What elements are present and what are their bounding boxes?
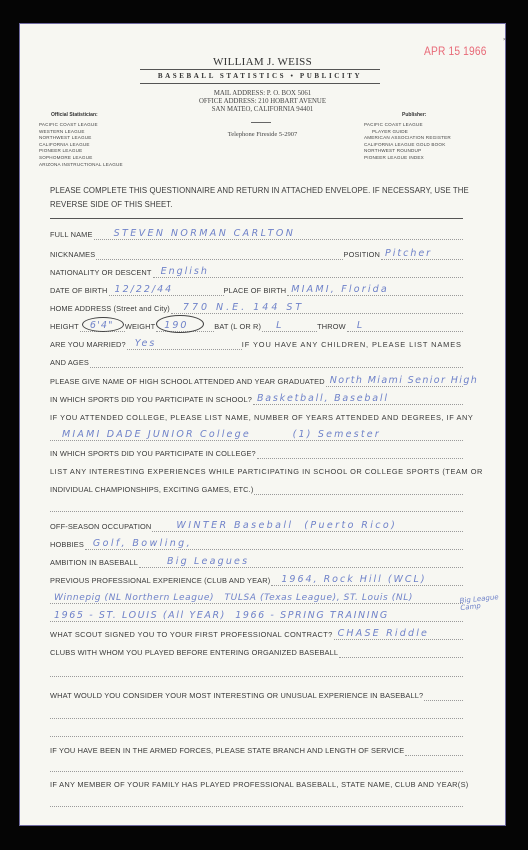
off-season-value: WINTER Baseball (Puerto Rico) bbox=[176, 520, 397, 531]
family-row: IF ANY MEMBER OF YOUR FAMILY HAS PLAYED … bbox=[50, 776, 463, 790]
armed-forces-label: IF YOU HAVE BEEN IN THE ARMED FORCES, PL… bbox=[50, 746, 404, 756]
armed-forces-field[interactable] bbox=[405, 743, 463, 756]
weight-circle bbox=[156, 315, 204, 333]
full-name-field[interactable]: STEVEN NORMAN CARLTON bbox=[94, 227, 463, 240]
ambition-row: AMBITION IN BASEBALL Big Leagues bbox=[50, 554, 463, 568]
married-label: ARE YOU MARRIED? bbox=[50, 340, 126, 350]
full-name-row: FULL NAME STEVEN NORMAN CARLTON bbox=[50, 226, 463, 240]
experiences-label-2: INDIVIDUAL CHAMPIONSHIPS, EXCITING GAMES… bbox=[50, 485, 253, 495]
pro-experience-label: PREVIOUS PROFESSIONAL EXPERIENCE (CLUB A… bbox=[50, 576, 270, 586]
pro-experience-line-2: Winnepig (NL Northern League) TULSA (Tex… bbox=[54, 593, 413, 603]
official-statistician-list: PACIFIC COAST LEAGUEWESTERN LEAGUENORTHW… bbox=[39, 122, 149, 168]
nationality-field[interactable]: English bbox=[153, 265, 463, 278]
armed-forces-row: IF YOU HAVE BEEN IN THE ARMED FORCES, PL… bbox=[50, 742, 463, 756]
publisher-item: AMERICAN ASSOCIATION REGISTER bbox=[364, 135, 494, 142]
mark-icon: × bbox=[503, 37, 506, 43]
ambition-value: Big Leagues bbox=[167, 556, 249, 567]
dob-value: 12/22/44 bbox=[115, 284, 174, 295]
publisher: Publisher: PACIFIC COAST LEAGUEPLAYER GU… bbox=[364, 112, 494, 162]
nicknames-label: NICKNAMES bbox=[50, 250, 95, 260]
bat-field[interactable]: L bbox=[262, 319, 317, 332]
experiences-label: LIST ANY INTERESTING EXPERIENCES WHILE P… bbox=[50, 467, 483, 477]
publisher-title: Publisher: bbox=[364, 112, 494, 118]
children-field[interactable] bbox=[90, 355, 463, 368]
school-sports-row: IN WHICH SPORTS DID YOU PARTICIPATE IN S… bbox=[50, 391, 463, 405]
divider bbox=[251, 122, 271, 123]
high-school-value: North Miami Senior High bbox=[330, 375, 478, 386]
prior-clubs-label: CLUBS WITH WHOM YOU PLAYED BEFORE ENTERI… bbox=[50, 648, 338, 658]
height-circle bbox=[82, 317, 124, 332]
nationality-value: English bbox=[161, 266, 209, 277]
pro-experience-line-1: 1964, Rock Hill (WCL) bbox=[281, 574, 426, 585]
publisher-item: NORTHWEST ROUNDUP bbox=[364, 148, 494, 155]
instructions: PLEASE COMPLETE THIS QUESTIONNAIRE AND R… bbox=[50, 184, 470, 212]
married-value: Yes bbox=[135, 338, 157, 349]
family-blank-line[interactable] bbox=[50, 805, 463, 807]
instructions-rule bbox=[50, 218, 463, 219]
college-label: IF YOU ATTENDED COLLEGE, PLEASE LIST NAM… bbox=[50, 413, 473, 423]
scout-row: WHAT SCOUT SIGNED YOU TO YOUR FIRST PROF… bbox=[50, 626, 463, 640]
hobbies-row: HOBBIES Golf, Bowling, bbox=[50, 536, 463, 550]
college-sports-label: IN WHICH SPORTS DID YOU PARTICIPATE IN C… bbox=[50, 449, 256, 459]
off-season-label: OFF-SEASON OCCUPATION bbox=[50, 522, 151, 532]
scout-label: WHAT SCOUT SIGNED YOU TO YOUR FIRST PROF… bbox=[50, 630, 333, 640]
position-field[interactable]: Pitcher bbox=[381, 247, 463, 260]
home-address-value: 770 N.E. 144 ST bbox=[183, 302, 304, 313]
pro-experience-field-3[interactable]: 1965 - ST. LOUIS (All YEAR) 1966 - SPRIN… bbox=[50, 609, 463, 622]
place-of-birth-field[interactable]: MIAMI, Florida bbox=[287, 283, 463, 296]
off-season-field[interactable]: WINTER Baseball (Puerto Rico) bbox=[152, 519, 463, 532]
official-statistician-item: WESTERN LEAGUE bbox=[39, 129, 149, 136]
married-field[interactable]: Yes bbox=[127, 337, 242, 350]
college-row: IF YOU ATTENDED COLLEGE, PLEASE LIST NAM… bbox=[50, 409, 463, 423]
children-row: AND AGES bbox=[50, 354, 463, 368]
official-statistician-item: SOPHOMORE LEAGUE bbox=[39, 155, 149, 162]
scout-field[interactable]: CHASE Riddle bbox=[334, 627, 463, 640]
married-row: ARE YOU MARRIED? Yes IF YOU HAVE ANY CHI… bbox=[50, 336, 463, 350]
school-sports-value: Basketball, Baseball bbox=[257, 393, 389, 404]
dob-label: DATE OF BIRTH bbox=[50, 286, 108, 296]
prior-clubs-field[interactable] bbox=[339, 645, 463, 658]
position-value: Pitcher bbox=[385, 248, 432, 259]
hobbies-field[interactable]: Golf, Bowling, bbox=[85, 537, 463, 550]
physical-row: HEIGHT 6'4" WEIGHT 190 BAT (L OR R) L TH… bbox=[50, 318, 463, 332]
unusual-field[interactable] bbox=[424, 688, 463, 701]
office-address: OFFICE ADDRESS: 210 HOBART AVENUE bbox=[20, 98, 505, 106]
armed-forces-blank-line[interactable] bbox=[50, 770, 463, 772]
weight-field[interactable]: 190 bbox=[156, 319, 214, 332]
family-label: IF ANY MEMBER OF YOUR FAMILY HAS PLAYED … bbox=[50, 780, 469, 790]
publisher-item: PLAYER GUIDE bbox=[364, 129, 494, 136]
weight-label: WEIGHT bbox=[125, 322, 155, 332]
publisher-item: PIONEER LEAGUE INDEX bbox=[364, 155, 494, 162]
received-date-stamp: APR 15 1966 bbox=[424, 44, 487, 58]
high-school-field[interactable]: North Miami Senior High bbox=[326, 374, 463, 387]
letterhead-tagline: BASEBALL STATISTICS • PUBLICITY bbox=[140, 69, 380, 84]
pro-experience-row-3: 1965 - ST. LOUIS (All YEAR) 1966 - SPRIN… bbox=[50, 608, 463, 622]
high-school-row: PLEASE GIVE NAME OF HIGH SCHOOL ATTENDED… bbox=[50, 373, 463, 387]
official-statistician-item: PACIFIC COAST LEAGUE bbox=[39, 122, 149, 129]
questionnaire-page: WILLIAM J. WEISS BASEBALL STATISTICS • P… bbox=[19, 23, 506, 826]
unusual-label: WHAT WOULD YOU CONSIDER YOUR MOST INTERE… bbox=[50, 691, 423, 701]
throw-label: THROW bbox=[317, 322, 346, 332]
off-season-row: OFF-SEASON OCCUPATION WINTER Baseball (P… bbox=[50, 518, 463, 532]
official-statistician-item: ARIZONA INSTRUCTIONAL LEAGUE bbox=[39, 162, 149, 169]
college-field[interactable]: MIAMI DADE JUNIOR College (1) Semester bbox=[50, 428, 463, 441]
ambition-label: AMBITION IN BASEBALL bbox=[50, 558, 138, 568]
school-sports-field[interactable]: Basketball, Baseball bbox=[253, 392, 463, 405]
prior-clubs-row: CLUBS WITH WHOM YOU PLAYED BEFORE ENTERI… bbox=[50, 644, 463, 658]
experiences-field[interactable] bbox=[254, 482, 463, 495]
throw-value: L bbox=[357, 320, 364, 331]
school-sports-label: IN WHICH SPORTS DID YOU PARTICIPATE IN S… bbox=[50, 395, 252, 405]
official-statistician-item: PIONEER LEAGUE bbox=[39, 148, 149, 155]
unusual-row: WHAT WOULD YOU CONSIDER YOUR MOST INTERE… bbox=[50, 687, 463, 701]
hobbies-value: Golf, Bowling, bbox=[93, 538, 192, 549]
scout-value: CHASE Riddle bbox=[338, 628, 430, 639]
official-statistician: Official Statistician: PACIFIC COAST LEA… bbox=[39, 112, 149, 168]
position-label: POSITION bbox=[343, 250, 380, 260]
height-label: HEIGHT bbox=[50, 322, 79, 332]
experiences-row: LIST ANY INTERESTING EXPERIENCES WHILE P… bbox=[50, 463, 463, 477]
nicknames-row: NICKNAMES POSITION Pitcher bbox=[50, 246, 463, 260]
nationality-row: NATIONALITY OR DESCENT English bbox=[50, 264, 463, 278]
home-address-field[interactable]: 770 N.E. 144 ST bbox=[171, 301, 463, 314]
place-of-birth-label: PLACE OF BIRTH bbox=[224, 286, 287, 296]
pro-experience-line-3: 1965 - ST. LOUIS (All YEAR) 1966 - SPRIN… bbox=[54, 610, 389, 621]
birth-row: DATE OF BIRTH 12/22/44 PLACE OF BIRTH MI… bbox=[50, 282, 463, 296]
hobbies-label: HOBBIES bbox=[50, 540, 84, 550]
margin-note: Big League Camp bbox=[459, 594, 500, 612]
official-statistician-item: CALIFORNIA LEAGUE bbox=[39, 142, 149, 149]
children-label: IF YOU HAVE ANY CHILDREN, PLEASE LIST NA… bbox=[242, 340, 462, 350]
unusual-blank-line-2[interactable] bbox=[50, 735, 463, 737]
children-ages-label: AND AGES bbox=[50, 358, 89, 368]
official-statistician-item: NORTHWEST LEAGUE bbox=[39, 135, 149, 142]
full-name-value: STEVEN NORMAN CARLTON bbox=[114, 228, 296, 239]
pro-experience-field-2[interactable]: Winnepig (NL Northern League) TULSA (Tex… bbox=[50, 591, 463, 604]
publisher-item: CALIFORNIA LEAGUE GOLD BOOK bbox=[364, 142, 494, 149]
home-address-label: HOME ADDRESS (Street and City) bbox=[50, 304, 170, 314]
college-value: MIAMI DADE JUNIOR College (1) Semester bbox=[62, 429, 381, 440]
nationality-label: NATIONALITY OR DESCENT bbox=[50, 268, 152, 278]
college-sports-field[interactable] bbox=[257, 446, 463, 459]
height-field[interactable]: 6'4" bbox=[80, 319, 125, 332]
college-sports-row: IN WHICH SPORTS DID YOU PARTICIPATE IN C… bbox=[50, 445, 463, 459]
pro-experience-row: PREVIOUS PROFESSIONAL EXPERIENCE (CLUB A… bbox=[50, 572, 463, 586]
mail-address: MAIL ADDRESS: P. O. BOX 5061 bbox=[20, 90, 505, 98]
experiences-row-2: INDIVIDUAL CHAMPIONSHIPS, EXCITING GAMES… bbox=[50, 481, 463, 495]
publisher-list: PACIFIC COAST LEAGUEPLAYER GUIDEAMERICAN… bbox=[364, 122, 494, 162]
publisher-item: PACIFIC COAST LEAGUE bbox=[364, 122, 494, 129]
experiences-blank-line[interactable] bbox=[50, 510, 463, 512]
full-name-label: FULL NAME bbox=[50, 230, 93, 240]
place-of-birth-value: MIAMI, Florida bbox=[291, 284, 389, 295]
bat-label: BAT (L OR R) bbox=[214, 322, 261, 332]
dob-field[interactable]: 12/22/44 bbox=[109, 283, 224, 296]
home-address-row: HOME ADDRESS (Street and City) 770 N.E. … bbox=[50, 300, 463, 314]
prior-clubs-blank-line[interactable] bbox=[50, 675, 463, 677]
high-school-label: PLEASE GIVE NAME OF HIGH SCHOOL ATTENDED… bbox=[50, 377, 325, 387]
ambition-field[interactable]: Big Leagues bbox=[139, 555, 463, 568]
official-statistician-title: Official Statistician: bbox=[39, 112, 149, 118]
pro-experience-row-2: Winnepig (NL Northern League) TULSA (Tex… bbox=[50, 590, 463, 604]
bat-value: L bbox=[276, 320, 283, 331]
college-value-row: MIAMI DADE JUNIOR College (1) Semester bbox=[50, 427, 463, 441]
pro-experience-field[interactable]: 1964, Rock Hill (WCL) bbox=[271, 573, 463, 586]
unusual-blank-line-1[interactable] bbox=[50, 717, 463, 719]
throw-field[interactable]: L bbox=[347, 319, 463, 332]
nicknames-field[interactable] bbox=[96, 247, 343, 260]
